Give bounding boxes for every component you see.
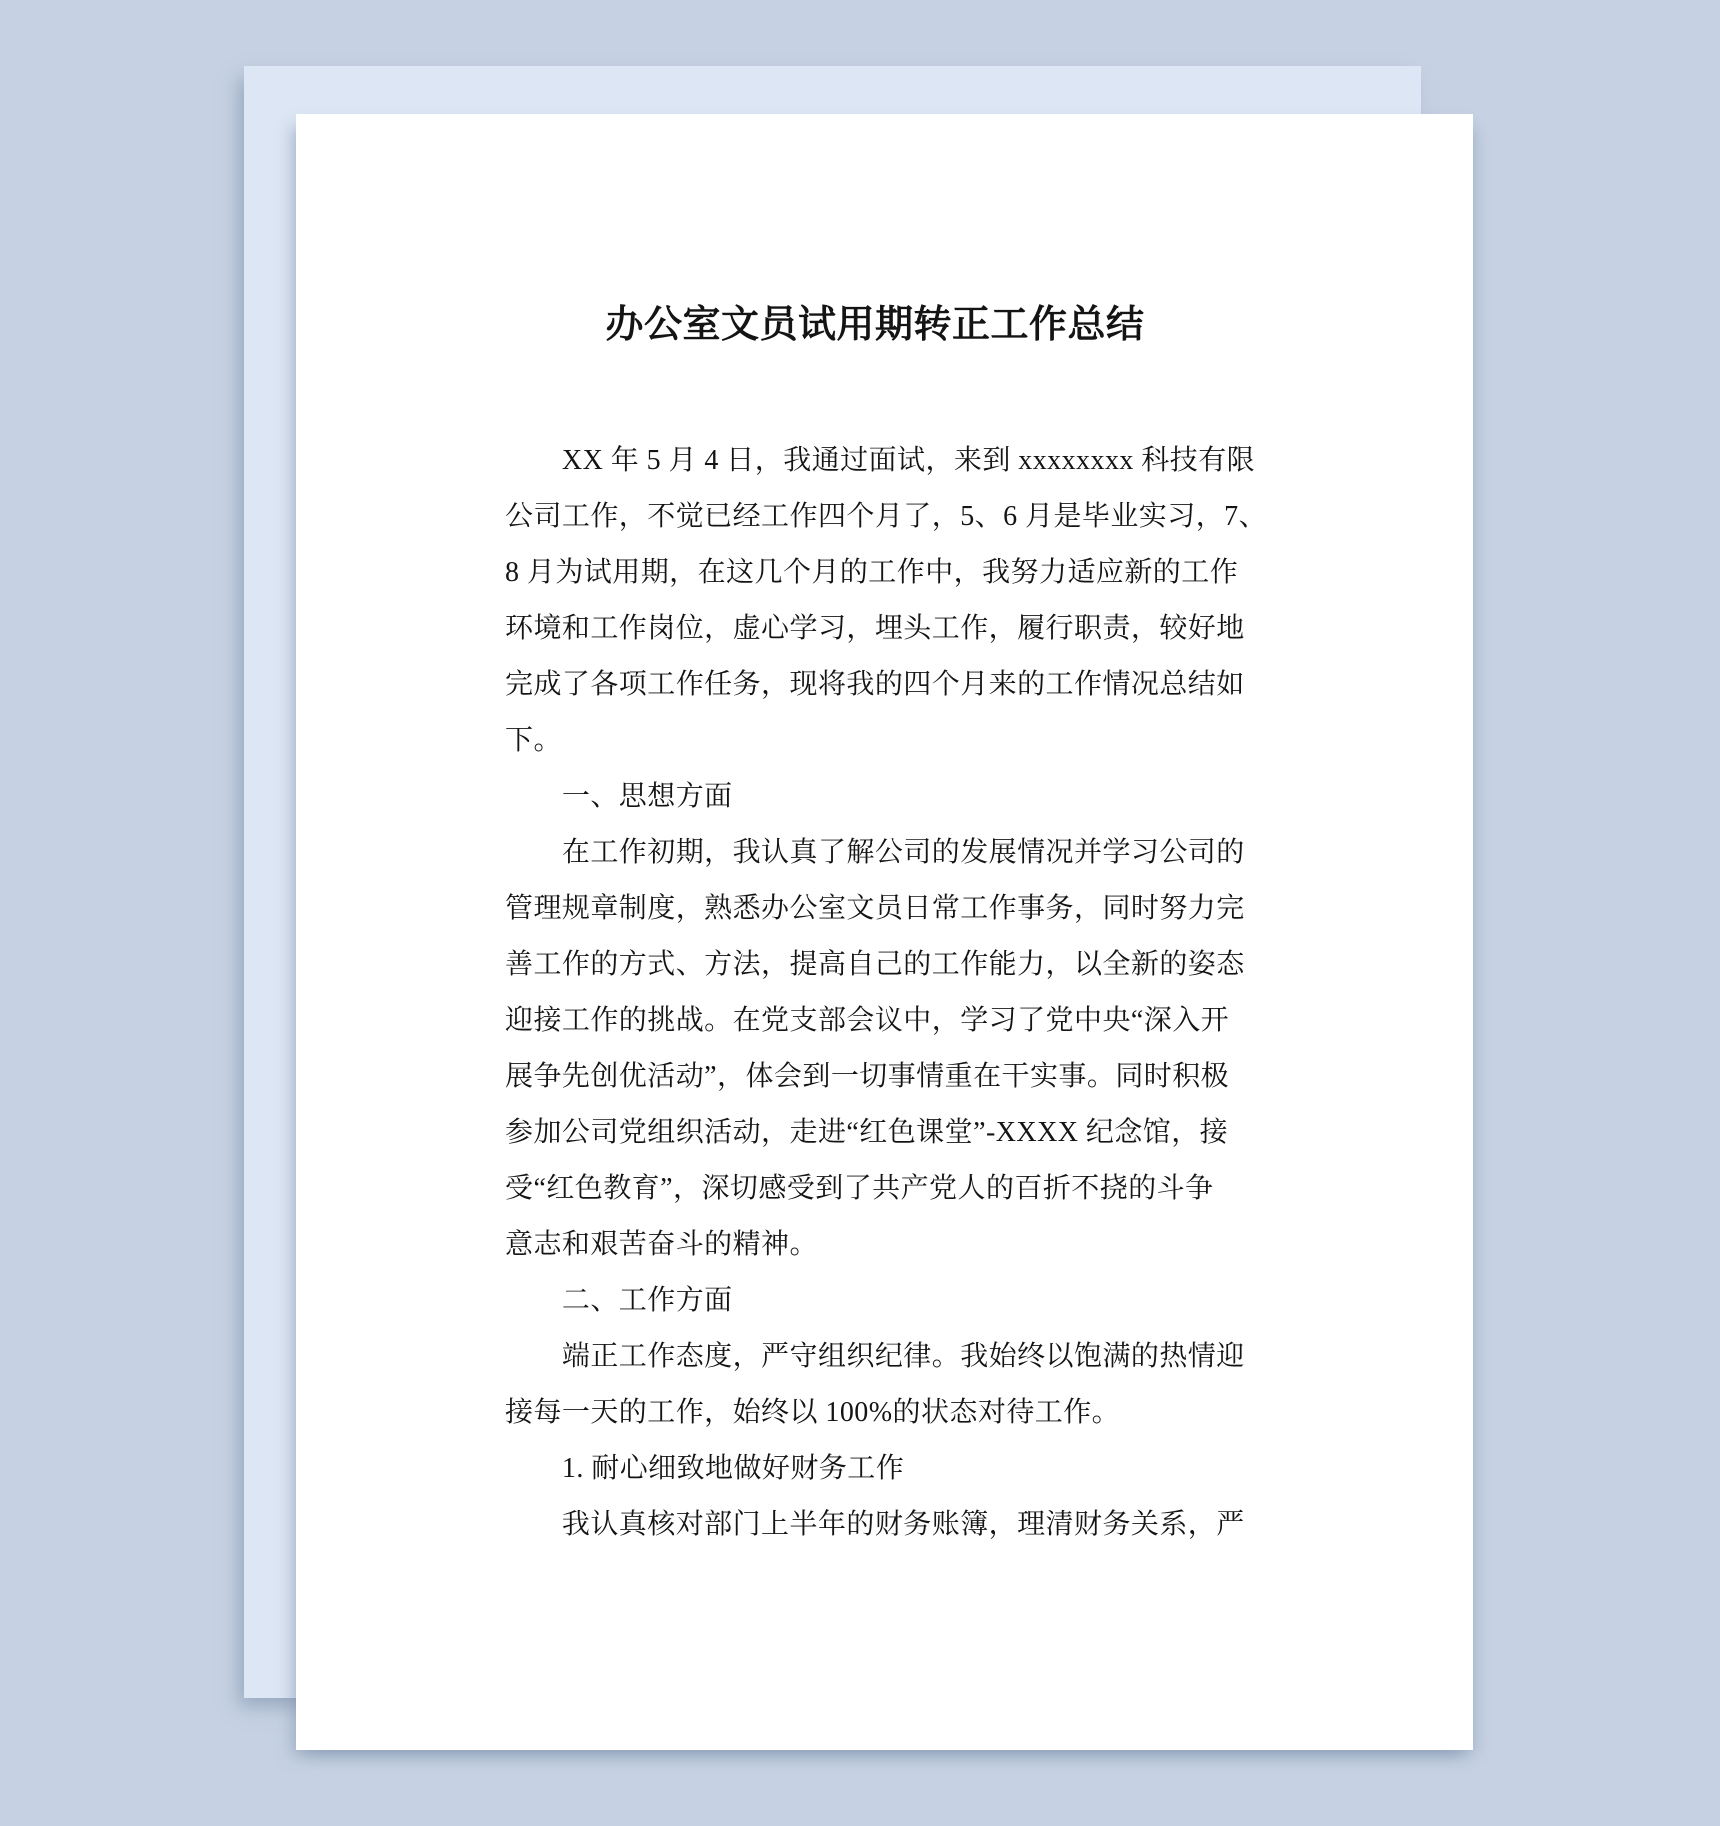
document-line: 展争先创优活动”，体会到一切事情重在干实事。同时积极: [505, 1049, 1245, 1105]
document-line: 1. 耐心细致地做好财务工作: [505, 1441, 1245, 1497]
document-line: 8 月为试用期，在这几个月的工作中，我努力适应新的工作: [505, 545, 1245, 601]
document-line: 我认真核对部门上半年的财务账簿，理清财务关系，严: [505, 1497, 1245, 1553]
document-body: XX 年 5 月 4 日，我通过面试，来到 xxxxxxxx 科技有限公司工作，…: [505, 433, 1245, 1553]
document-line: 迎接工作的挑战。在党支部会议中，学习了党中央“深入开: [505, 993, 1245, 1049]
document-line: 参加公司党组织活动，走进“红色课堂”-XXXX 纪念馆，接: [505, 1105, 1245, 1161]
document-line: 受“红色教育”，深切感受到了共产党人的百折不挠的斗争: [505, 1161, 1245, 1217]
document-line: 在工作初期，我认真了解公司的发展情况并学习公司的: [505, 825, 1245, 881]
document-line: 善工作的方式、方法，提高自己的工作能力，以全新的姿态: [505, 937, 1245, 993]
document-line: 意志和艰苦奋斗的精神。: [505, 1217, 1245, 1273]
document-line: 接每一天的工作，始终以 100%的状态对待工作。: [505, 1385, 1245, 1441]
document-line: 一、思想方面: [505, 769, 1245, 825]
document-line: XX 年 5 月 4 日，我通过面试，来到 xxxxxxxx 科技有限: [505, 433, 1245, 489]
document-line: 完成了各项工作任务，现将我的四个月来的工作情况总结如: [505, 657, 1245, 713]
document-line: 端正工作态度，严守组织纪律。我始终以饱满的热情迎: [505, 1329, 1245, 1385]
paper-page: 办公室文员试用期转正工作总结 XX 年 5 月 4 日，我通过面试，来到 xxx…: [296, 114, 1473, 1750]
document-canvas: 办公室文员试用期转正工作总结 XX 年 5 月 4 日，我通过面试，来到 xxx…: [0, 0, 1720, 1826]
document-line: 环境和工作岗位，虚心学习，埋头工作，履行职责，较好地: [505, 601, 1245, 657]
document-line: 管理规章制度，熟悉办公室文员日常工作事务，同时努力完: [505, 881, 1245, 937]
document-title: 办公室文员试用期转正工作总结: [505, 300, 1245, 350]
document-line: 公司工作，不觉已经工作四个月了，5、6 月是毕业实习，7、: [505, 489, 1245, 545]
document-line: 下。: [505, 713, 1245, 769]
document-line: 二、工作方面: [505, 1273, 1245, 1329]
